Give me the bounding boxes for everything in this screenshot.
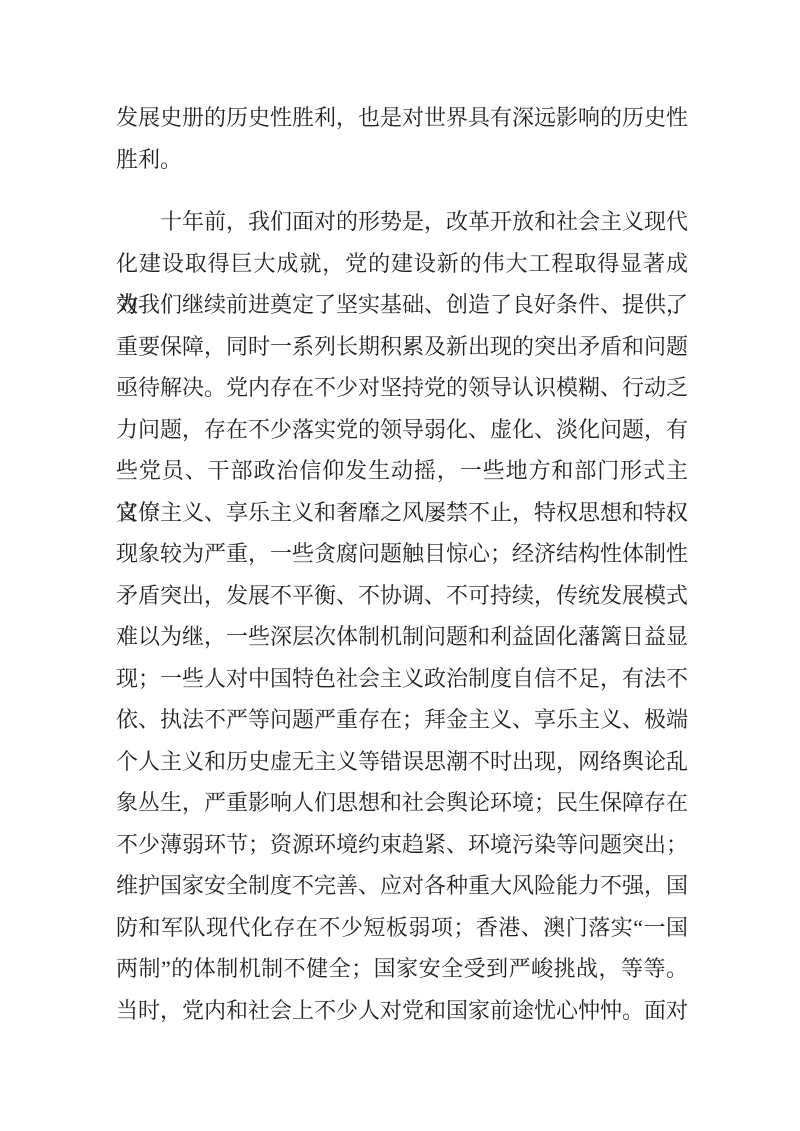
- text-line: 难以为继，一些深层次体制机制问题和利益固化藩篱日益显: [116, 616, 688, 658]
- text-line: 为我们继续前进奠定了坚实基础、创造了良好条件、提供了: [116, 284, 688, 326]
- text-line: 两制”的体制机制不健全；国家安全受到严峻挑战，等等。: [116, 948, 688, 990]
- text-line: 发展史册的历史性胜利，也是对世界具有深远影响的历史性: [116, 97, 688, 139]
- text-line: 防和军队现代化存在不少短板弱项；香港、澳门落实“一国: [116, 907, 688, 949]
- document-page: 发展史册的历史性胜利，也是对世界具有深远影响的历史性 胜利。 十年前，我们面对的…: [0, 0, 800, 1131]
- text-line: 现象较为严重，一些贪腐问题触目惊心；经济结构性体制性: [116, 533, 688, 575]
- text-line: 依、执法不严等问题严重存在；拜金主义、享乐主义、极端: [116, 699, 688, 741]
- text-line: 亟待解决。党内存在不少对坚持党的领导认识模糊、行动乏: [116, 367, 688, 409]
- text-line: 现；一些人对中国特色社会主义政治制度自信不足，有法不: [116, 658, 688, 700]
- text-line: 象丛生，严重影响人们思想和社会舆论环境；民生保障存在: [116, 782, 688, 824]
- text-line: 当时，党内和社会上不少人对党和国家前途忧心忡忡。面对: [116, 990, 688, 1032]
- text-line: 化建设取得巨大成就，党的建设新的伟大工程取得显著成效，: [116, 243, 688, 285]
- paragraph: 十年前，我们面对的形势是，改革开放和社会主义现代 化建设取得巨大成就，党的建设新…: [116, 201, 688, 1031]
- text-line: 胜利。: [116, 139, 688, 181]
- text-line: 官僚主义、享乐主义和奢靡之风屡禁不止，特权思想和特权: [116, 492, 688, 534]
- text-line: 不少薄弱环节；资源环境约束趋紧、环境污染等问题突出；: [116, 824, 688, 866]
- text-line: 十年前，我们面对的形势是，改革开放和社会主义现代: [116, 201, 688, 243]
- text-line: 些党员、干部政治信仰发生动摇，一些地方和部门形式主义、: [116, 450, 688, 492]
- text-line: 重要保障，同时一系列长期积累及新出现的突出矛盾和问题: [116, 326, 688, 368]
- paragraph: 发展史册的历史性胜利，也是对世界具有深远影响的历史性 胜利。: [116, 97, 688, 180]
- text-line: 力问题，存在不少落实党的领导弱化、虚化、淡化问题，有: [116, 409, 688, 451]
- text-line: 个人主义和历史虚无主义等错误思潮不时出现，网络舆论乱: [116, 741, 688, 783]
- text-line: 矛盾突出，发展不平衡、不协调、不可持续，传统发展模式: [116, 575, 688, 617]
- text-line: 维护国家安全制度不完善、应对各种重大风险能力不强，国: [116, 865, 688, 907]
- document-text-block: 发展史册的历史性胜利，也是对世界具有深远影响的历史性 胜利。 十年前，我们面对的…: [116, 97, 688, 1031]
